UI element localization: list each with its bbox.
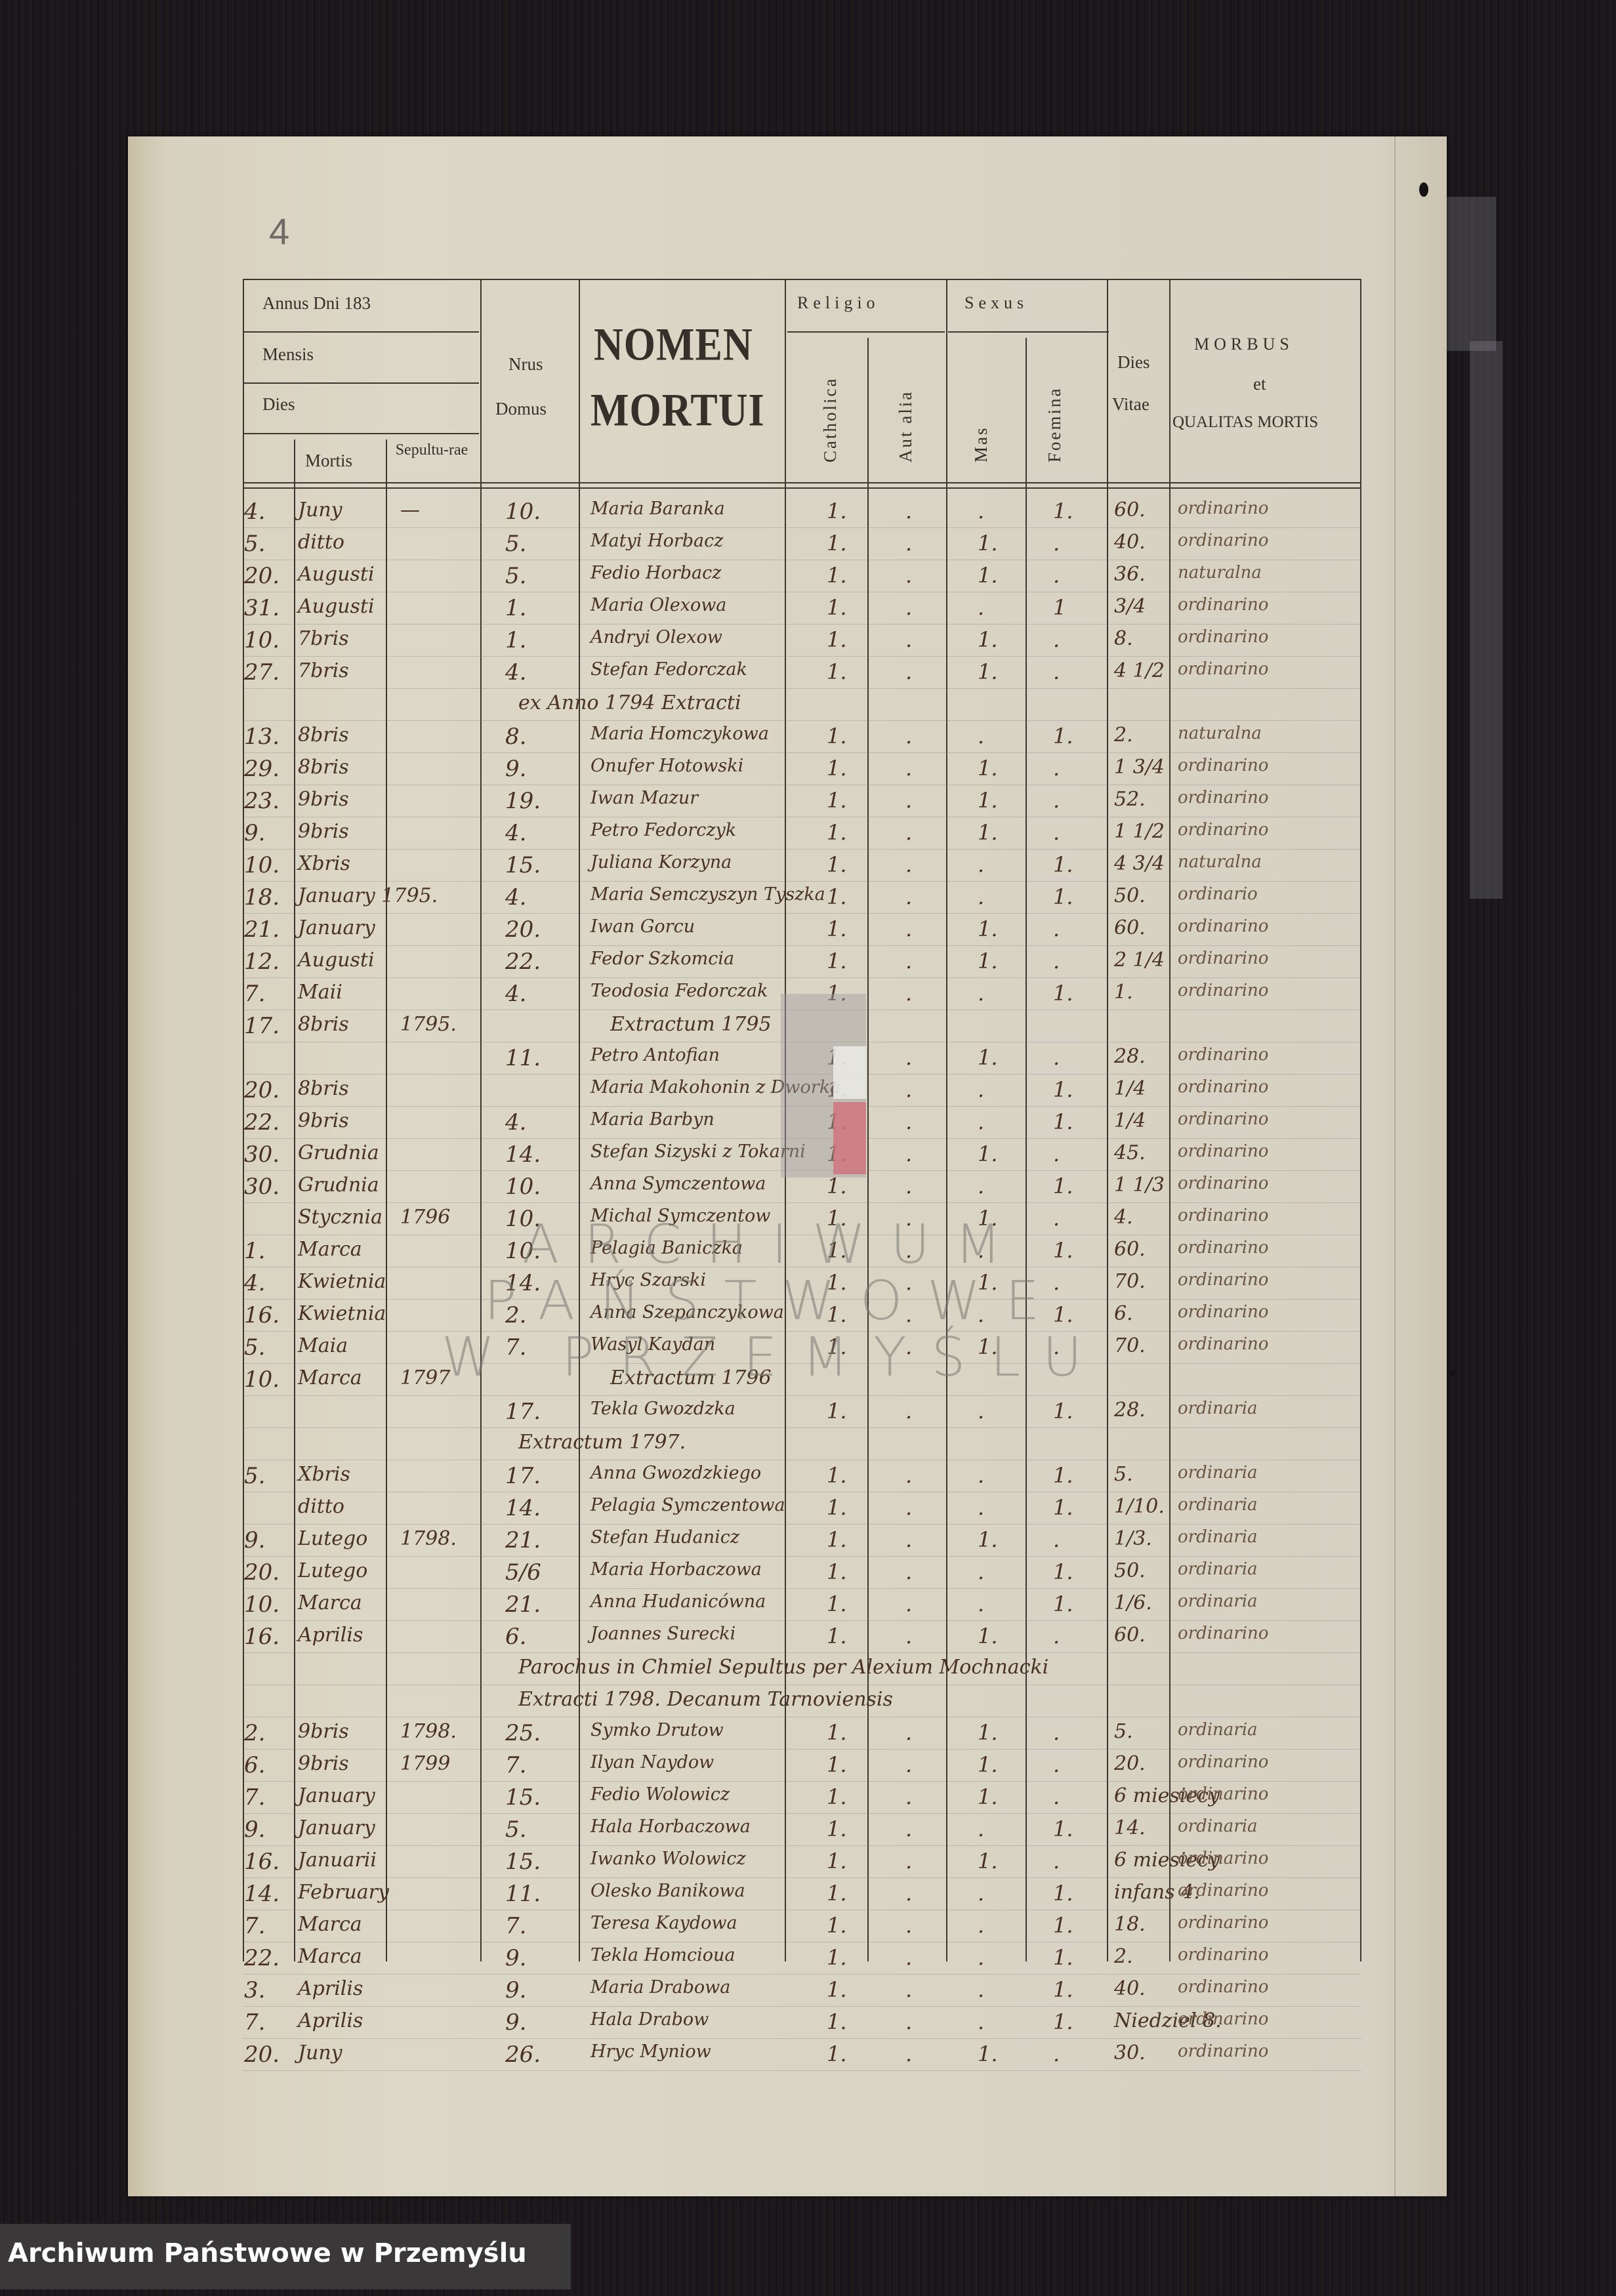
death-month: 9bris bbox=[298, 788, 349, 811]
house-number: 14. bbox=[505, 1141, 541, 1168]
punch-hole bbox=[1419, 182, 1428, 197]
ruled-line bbox=[243, 1717, 1361, 1717]
ruled-line bbox=[243, 1685, 1361, 1685]
house-number: 1. bbox=[505, 627, 526, 653]
sex-female: 1. bbox=[1053, 981, 1073, 1006]
age-at-death: 1/3. bbox=[1114, 1527, 1152, 1550]
house-number: 6. bbox=[505, 1624, 526, 1650]
age-at-death: 1 3/4 bbox=[1114, 756, 1165, 779]
sex-female: 1. bbox=[1053, 1559, 1073, 1584]
religion-other: . bbox=[905, 788, 912, 813]
religion-catholic: 1. bbox=[827, 531, 847, 556]
watermark-line-1: ARCHIWUM PAŃSTWOWE bbox=[354, 1217, 1194, 1330]
sex-male: 1. bbox=[978, 1045, 998, 1070]
archive-stamp-white bbox=[833, 1046, 866, 1099]
death-month: 8bris bbox=[298, 1077, 349, 1100]
ruled-line bbox=[243, 592, 1361, 592]
religion-catholic: 1. bbox=[827, 563, 847, 588]
death-day: 7. bbox=[244, 1784, 265, 1811]
ruled-line bbox=[243, 913, 1361, 914]
death-month: Maia bbox=[298, 1334, 348, 1357]
cause-of-death: naturalna bbox=[1178, 724, 1262, 743]
deceased-name: Petro Antofian bbox=[590, 1045, 720, 1065]
deceased-name: Stefan Sizyski z Tokarni bbox=[590, 1141, 806, 1162]
death-day: 16. bbox=[244, 1624, 280, 1650]
age-at-death: 2 1/4 bbox=[1114, 949, 1165, 972]
death-month: Marca bbox=[298, 1591, 362, 1614]
house-number: 11. bbox=[505, 1045, 541, 1071]
death-month: Xbris bbox=[298, 1463, 350, 1486]
death-month: Augusti bbox=[298, 563, 375, 586]
cause-of-death: ordinarino bbox=[1178, 1174, 1268, 1193]
sex-male: . bbox=[978, 1174, 984, 1199]
death-day: 5. bbox=[244, 1463, 265, 1489]
ruled-line bbox=[243, 1813, 1361, 1814]
death-day: 30. bbox=[244, 1174, 280, 1200]
sex-female: 1. bbox=[1053, 499, 1073, 523]
sex-male: 1. bbox=[978, 1141, 998, 1166]
death-month: Lutego bbox=[298, 1559, 367, 1582]
age-at-death: 14. bbox=[1114, 1816, 1146, 1839]
death-day: 21. bbox=[244, 916, 280, 943]
ruled-line bbox=[243, 2038, 1361, 2039]
cause-of-death: ordinarino bbox=[1178, 981, 1268, 1000]
religion-other: . bbox=[905, 1720, 912, 1745]
sex-female: 1. bbox=[1053, 1816, 1073, 1841]
sex-female: . bbox=[1053, 1045, 1060, 1070]
house-number: 20. bbox=[505, 916, 541, 943]
cause-of-death: ordinario bbox=[1178, 884, 1258, 904]
deceased-name: Maria Horbaczowa bbox=[590, 1559, 762, 1580]
header-nrus: Nrus bbox=[508, 354, 543, 375]
deceased-name: Tekla Gwozdzka bbox=[590, 1399, 735, 1419]
header-divider bbox=[948, 331, 1109, 333]
burial-date: 1795. bbox=[400, 1013, 457, 1036]
sex-female: 1. bbox=[1053, 1463, 1073, 1488]
cause-of-death: ordinarino bbox=[1178, 1784, 1268, 1804]
ruled-line bbox=[243, 881, 1361, 882]
deceased-name: Maria Olexowa bbox=[590, 595, 726, 615]
death-month: Grudnia bbox=[298, 1141, 379, 1164]
age-at-death: 5. bbox=[1114, 1463, 1133, 1486]
death-day: 18. bbox=[244, 884, 280, 911]
sex-male: . bbox=[978, 1913, 984, 1938]
sex-female: 1. bbox=[1053, 1977, 1073, 2002]
ruled-line bbox=[243, 1620, 1361, 1621]
header-dies-vitae-1: Dies bbox=[1117, 352, 1150, 373]
sex-female: 1. bbox=[1053, 1109, 1073, 1134]
death-month: Xbris bbox=[298, 852, 350, 875]
sex-female: 1. bbox=[1053, 1077, 1073, 1102]
sex-male: . bbox=[978, 884, 984, 909]
house-number: 9. bbox=[505, 1945, 526, 1971]
religion-catholic: 1. bbox=[827, 949, 847, 974]
death-day: 1. bbox=[244, 1238, 265, 1264]
header-bottom-border bbox=[243, 482, 1361, 483]
religion-catholic: 1. bbox=[827, 788, 847, 813]
religion-catholic: 1. bbox=[827, 916, 847, 941]
age-at-death: 36. bbox=[1114, 563, 1146, 586]
death-day: 22. bbox=[244, 1109, 280, 1136]
death-day: 14. bbox=[244, 1881, 280, 1907]
header-dies-vitae-2: Vitae bbox=[1112, 394, 1150, 415]
sex-female: . bbox=[1053, 1849, 1060, 1874]
house-number: 4. bbox=[505, 981, 526, 1007]
ruled-line bbox=[243, 1749, 1361, 1750]
deceased-name: Pelagia Symczentowa bbox=[590, 1495, 785, 1515]
religion-other: . bbox=[905, 1174, 912, 1199]
death-month: January bbox=[298, 1816, 375, 1839]
house-number: 22. bbox=[505, 949, 541, 975]
sex-male: . bbox=[978, 1881, 984, 1906]
cause-of-death: ordinarino bbox=[1178, 756, 1268, 775]
house-number: 15. bbox=[505, 852, 541, 878]
sex-male: . bbox=[978, 1945, 984, 1970]
ruled-line bbox=[243, 1202, 1361, 1203]
death-day: 3. bbox=[244, 1977, 265, 2003]
death-day: 20. bbox=[244, 1077, 280, 1103]
deceased-name: Iwan Gorcu bbox=[590, 916, 695, 937]
deceased-name: Tekla Homcioua bbox=[590, 1945, 735, 1965]
col-line bbox=[386, 440, 387, 1961]
religion-other: . bbox=[905, 1624, 912, 1649]
religion-other: . bbox=[905, 1945, 912, 1970]
religion-other: . bbox=[905, 1816, 912, 1841]
header-sexus: Sexus bbox=[964, 293, 1028, 313]
age-at-death: 40. bbox=[1114, 531, 1146, 554]
ruled-line bbox=[243, 656, 1361, 657]
register-annotation: Parochus in Chmiel Sepultus per Alexium … bbox=[518, 1656, 1048, 1679]
ruled-line bbox=[243, 624, 1361, 625]
sex-female: . bbox=[1053, 756, 1060, 781]
sex-male: . bbox=[978, 1816, 984, 1841]
death-month: Lutego bbox=[298, 1527, 367, 1550]
cause-of-death: ordinarino bbox=[1178, 1945, 1268, 1965]
cause-of-death: ordinarino bbox=[1178, 1977, 1268, 1997]
religion-other: . bbox=[905, 2009, 912, 2034]
religion-catholic: 1. bbox=[827, 1849, 847, 1874]
ruled-line bbox=[243, 1588, 1361, 1589]
sex-male: . bbox=[978, 1077, 984, 1102]
religion-other: . bbox=[905, 916, 912, 941]
death-month: Augusti bbox=[298, 949, 375, 972]
header-qualitas-mortis: QUALITAS MORTIS bbox=[1172, 413, 1318, 432]
sex-male: 1. bbox=[978, 1624, 998, 1649]
sex-female: . bbox=[1053, 563, 1060, 588]
religion-catholic: 1. bbox=[827, 884, 847, 909]
col-line bbox=[480, 279, 482, 1961]
sex-female: 1. bbox=[1053, 884, 1073, 909]
header-divider bbox=[787, 331, 945, 333]
header-mensis: Mensis bbox=[262, 344, 314, 365]
cause-of-death: ordinarino bbox=[1178, 788, 1268, 808]
deceased-name: Maria Semczyszyn Tyszka bbox=[590, 884, 825, 905]
age-at-death: 50. bbox=[1114, 884, 1146, 907]
religion-catholic: 1. bbox=[827, 595, 847, 620]
deceased-name: Joannes Surecki bbox=[590, 1624, 735, 1644]
age-at-death: 1/6. bbox=[1114, 1591, 1152, 1614]
ruled-line bbox=[243, 1974, 1361, 1975]
religion-other: . bbox=[905, 1527, 912, 1552]
death-month: Grudnia bbox=[298, 1174, 379, 1197]
deceased-name: Anna Gwozdzkiego bbox=[590, 1463, 761, 1483]
cause-of-death: ordinaria bbox=[1178, 1591, 1258, 1611]
house-number: 21. bbox=[505, 1591, 541, 1618]
cause-of-death: ordinarino bbox=[1178, 820, 1268, 840]
religion-other: . bbox=[905, 1559, 912, 1584]
age-at-death: 28. bbox=[1114, 1045, 1146, 1068]
death-day: 9. bbox=[244, 820, 265, 846]
sex-female: 1. bbox=[1053, 1913, 1073, 1938]
death-day: 10. bbox=[244, 627, 280, 653]
sex-female: . bbox=[1053, 788, 1060, 813]
sex-female: . bbox=[1053, 1141, 1060, 1166]
burial-date: 1798. bbox=[400, 1720, 457, 1743]
deceased-name: Juliana Korzyna bbox=[590, 852, 732, 872]
sex-female: 1. bbox=[1053, 1945, 1073, 1970]
sex-female: 1. bbox=[1053, 1174, 1073, 1199]
death-day: 22. bbox=[244, 1945, 280, 1971]
deceased-name: Maria Homczykowa bbox=[590, 724, 769, 744]
deceased-name: Andryi Olexow bbox=[590, 627, 722, 647]
death-month: Aprilis bbox=[298, 1977, 363, 2000]
age-at-death: 4 1/2 bbox=[1114, 659, 1165, 682]
sex-male: 1. bbox=[978, 916, 998, 941]
header-aut-alia: Aut alia bbox=[896, 390, 916, 462]
cause-of-death: ordinarino bbox=[1178, 499, 1268, 518]
sex-male: . bbox=[978, 2009, 984, 2034]
death-month: 8bris bbox=[298, 1013, 349, 1036]
sex-male: . bbox=[978, 724, 984, 748]
house-number: 4. bbox=[505, 884, 526, 911]
house-number: 4. bbox=[505, 659, 526, 686]
header-foemina: Foemina bbox=[1045, 387, 1065, 463]
sex-female: 1. bbox=[1053, 2009, 1073, 2034]
age-at-death: 1/4 bbox=[1114, 1077, 1146, 1100]
sex-male: 1. bbox=[978, 1849, 998, 1874]
col-line bbox=[1169, 279, 1171, 1961]
age-at-death: 5. bbox=[1114, 1720, 1133, 1743]
sex-female: . bbox=[1053, 659, 1060, 684]
cause-of-death: ordinaria bbox=[1178, 1527, 1258, 1547]
col-line bbox=[1360, 279, 1361, 1961]
death-day: 7. bbox=[244, 2009, 265, 2036]
cause-of-death: ordinarino bbox=[1178, 949, 1268, 968]
death-day: 12. bbox=[244, 949, 280, 975]
cause-of-death: naturalna bbox=[1178, 852, 1262, 872]
deceased-name: Fedio Wolowicz bbox=[590, 1784, 730, 1805]
religion-catholic: 1. bbox=[827, 1527, 847, 1552]
cause-of-death: ordinarino bbox=[1178, 916, 1268, 936]
ruled-line bbox=[243, 817, 1361, 817]
death-day: 29. bbox=[244, 756, 280, 782]
ruled-line bbox=[243, 2070, 1361, 2071]
death-month: 9bris bbox=[298, 1752, 349, 1775]
sex-male: 1. bbox=[978, 2041, 998, 2066]
death-month: Marca bbox=[298, 1945, 362, 1968]
age-at-death: 60. bbox=[1114, 499, 1146, 522]
ruled-line bbox=[243, 688, 1361, 689]
sex-male: 1. bbox=[978, 531, 998, 556]
religion-catholic: 1. bbox=[827, 2041, 847, 2066]
sex-female: . bbox=[1053, 1527, 1060, 1552]
header-divider bbox=[243, 331, 479, 333]
ruled-line bbox=[243, 1781, 1361, 1782]
deceased-name: Iwan Mazur bbox=[590, 788, 698, 808]
sex-male: 1. bbox=[978, 627, 998, 652]
sex-female: 1. bbox=[1053, 1591, 1073, 1616]
col-line bbox=[1107, 279, 1108, 1961]
death-month: January bbox=[298, 1784, 375, 1807]
cause-of-death: ordinaria bbox=[1178, 1559, 1258, 1579]
death-month: Aprilis bbox=[298, 1624, 363, 1647]
archive-footer-label: Archiwum Państwowe w Przemyślu bbox=[8, 2238, 527, 2268]
archive-watermark: ARCHIWUM PAŃSTWOWE W PRZEMYŚLU bbox=[354, 1217, 1194, 1386]
house-number: 25. bbox=[505, 1720, 541, 1746]
religion-other: . bbox=[905, 1045, 912, 1070]
religion-other: . bbox=[905, 1463, 912, 1488]
cause-of-death: ordinarino bbox=[1178, 1881, 1268, 1900]
ink-spot bbox=[1450, 1370, 1455, 1376]
header-annus: Annus Dni 183 bbox=[262, 293, 371, 314]
house-number: 5. bbox=[505, 531, 526, 557]
ruled-line bbox=[243, 1942, 1361, 1942]
religion-catholic: 1. bbox=[827, 724, 847, 748]
header-divider bbox=[243, 382, 479, 384]
sex-female: . bbox=[1053, 1752, 1060, 1777]
religion-other: . bbox=[905, 531, 912, 556]
religion-catholic: 1. bbox=[827, 1463, 847, 1488]
religion-catholic: 1. bbox=[827, 852, 847, 877]
house-number: 1. bbox=[505, 595, 526, 621]
house-number: 17. bbox=[505, 1399, 541, 1425]
death-month: Marca bbox=[298, 1366, 362, 1389]
religion-catholic: 1. bbox=[827, 1720, 847, 1745]
sex-female: . bbox=[1053, 2041, 1060, 2066]
sex-female: 1. bbox=[1053, 724, 1073, 748]
death-month: January 1795. bbox=[298, 884, 438, 907]
cause-of-death: ordinaria bbox=[1178, 1720, 1258, 1740]
sex-male: 1. bbox=[978, 788, 998, 813]
house-number: 19. bbox=[505, 788, 541, 814]
religion-other: . bbox=[905, 756, 912, 781]
cause-of-death: ordinarino bbox=[1178, 1109, 1268, 1129]
register-annotation: Extractum 1795 bbox=[610, 1013, 772, 1036]
death-month: ditto bbox=[298, 1495, 344, 1518]
death-month: February bbox=[298, 1881, 389, 1904]
age-at-death: 18. bbox=[1114, 1913, 1146, 1936]
house-number: 15. bbox=[505, 1849, 541, 1875]
cause-of-death: ordinarino bbox=[1178, 2009, 1268, 2029]
deceased-name: Hryc Myniow bbox=[590, 2041, 711, 2062]
sex-male: . bbox=[978, 1591, 984, 1616]
cause-of-death: ordinaria bbox=[1178, 1463, 1258, 1483]
sex-female: . bbox=[1053, 916, 1060, 941]
sex-male: 1. bbox=[978, 1720, 998, 1745]
death-day: 10. bbox=[244, 1591, 280, 1618]
header-mortis: Mortis bbox=[305, 451, 352, 471]
sex-male: . bbox=[978, 595, 984, 620]
religion-catholic: 1. bbox=[827, 627, 847, 652]
religion-catholic: 1. bbox=[827, 1816, 847, 1841]
burial-date: 1798. bbox=[400, 1527, 457, 1550]
religion-other: . bbox=[905, 499, 912, 523]
deceased-name: Petro Fedorczyk bbox=[590, 820, 736, 840]
header-divider bbox=[243, 433, 479, 434]
header-et: et bbox=[1253, 374, 1266, 394]
religion-other: . bbox=[905, 1752, 912, 1777]
cause-of-death: ordinaria bbox=[1178, 1495, 1258, 1515]
death-month: 9bris bbox=[298, 1720, 349, 1743]
death-month: Marca bbox=[298, 1913, 362, 1936]
ruled-line bbox=[243, 1395, 1361, 1396]
deceased-name: Iwanko Wolowicz bbox=[590, 1849, 746, 1869]
death-day: 4. bbox=[244, 1270, 265, 1296]
death-day: 7. bbox=[244, 981, 265, 1007]
ruled-line bbox=[243, 720, 1361, 721]
death-month: Juny bbox=[298, 499, 342, 522]
age-at-death: 2. bbox=[1114, 724, 1133, 747]
death-day: 4. bbox=[244, 499, 265, 525]
religion-catholic: 1. bbox=[827, 1784, 847, 1809]
age-at-death: 4 3/4 bbox=[1114, 852, 1165, 875]
religion-other: . bbox=[905, 627, 912, 652]
religion-other: . bbox=[905, 949, 912, 974]
death-month: ditto bbox=[298, 531, 344, 554]
ruled-line bbox=[243, 1910, 1361, 1910]
deceased-name: Teresa Kaydowa bbox=[590, 1913, 737, 1933]
deceased-name: Olesko Banikowa bbox=[590, 1881, 745, 1901]
age-at-death: 28. bbox=[1114, 1399, 1146, 1422]
religion-catholic: 1. bbox=[827, 1591, 847, 1616]
ruled-line bbox=[243, 1524, 1361, 1525]
sex-male: . bbox=[978, 1399, 984, 1424]
col-line bbox=[946, 279, 947, 1961]
age-at-death: 20. bbox=[1114, 1752, 1146, 1775]
house-number: 8. bbox=[505, 724, 526, 750]
ruled-line bbox=[243, 785, 1361, 785]
age-at-death: 8. bbox=[1114, 627, 1133, 650]
death-day: 5. bbox=[244, 531, 265, 557]
deceased-name: Hala Drabow bbox=[590, 2009, 709, 2030]
deceased-name: Symko Drutow bbox=[590, 1720, 724, 1740]
house-number: 4. bbox=[505, 1109, 526, 1136]
sex-male: 1. bbox=[978, 949, 998, 974]
death-month: 8bris bbox=[298, 724, 349, 747]
ruled-line bbox=[243, 1427, 1361, 1428]
religion-catholic: 1. bbox=[827, 1913, 847, 1938]
sex-male: 1. bbox=[978, 1752, 998, 1777]
header-mortui: MORTUI bbox=[590, 384, 765, 438]
sex-male: 1. bbox=[978, 820, 998, 845]
religion-catholic: 1. bbox=[827, 1559, 847, 1584]
death-month: Maii bbox=[298, 981, 342, 1004]
religion-other: . bbox=[905, 1141, 912, 1166]
age-at-death: 60. bbox=[1114, 916, 1146, 939]
ruled-line bbox=[243, 1556, 1361, 1557]
age-at-death: 45. bbox=[1114, 1141, 1146, 1164]
col-line bbox=[294, 440, 295, 1961]
deceased-name: Anna Hudanicówna bbox=[590, 1591, 766, 1612]
religion-other: . bbox=[905, 1977, 912, 2002]
death-day: 6. bbox=[244, 1752, 265, 1778]
religion-other: . bbox=[905, 1399, 912, 1424]
table-top-border bbox=[243, 279, 1361, 280]
death-month: 8bris bbox=[298, 756, 349, 779]
death-day: 9. bbox=[244, 1816, 265, 1843]
death-month: Juny bbox=[298, 2041, 342, 2064]
sex-female: . bbox=[1053, 531, 1060, 556]
